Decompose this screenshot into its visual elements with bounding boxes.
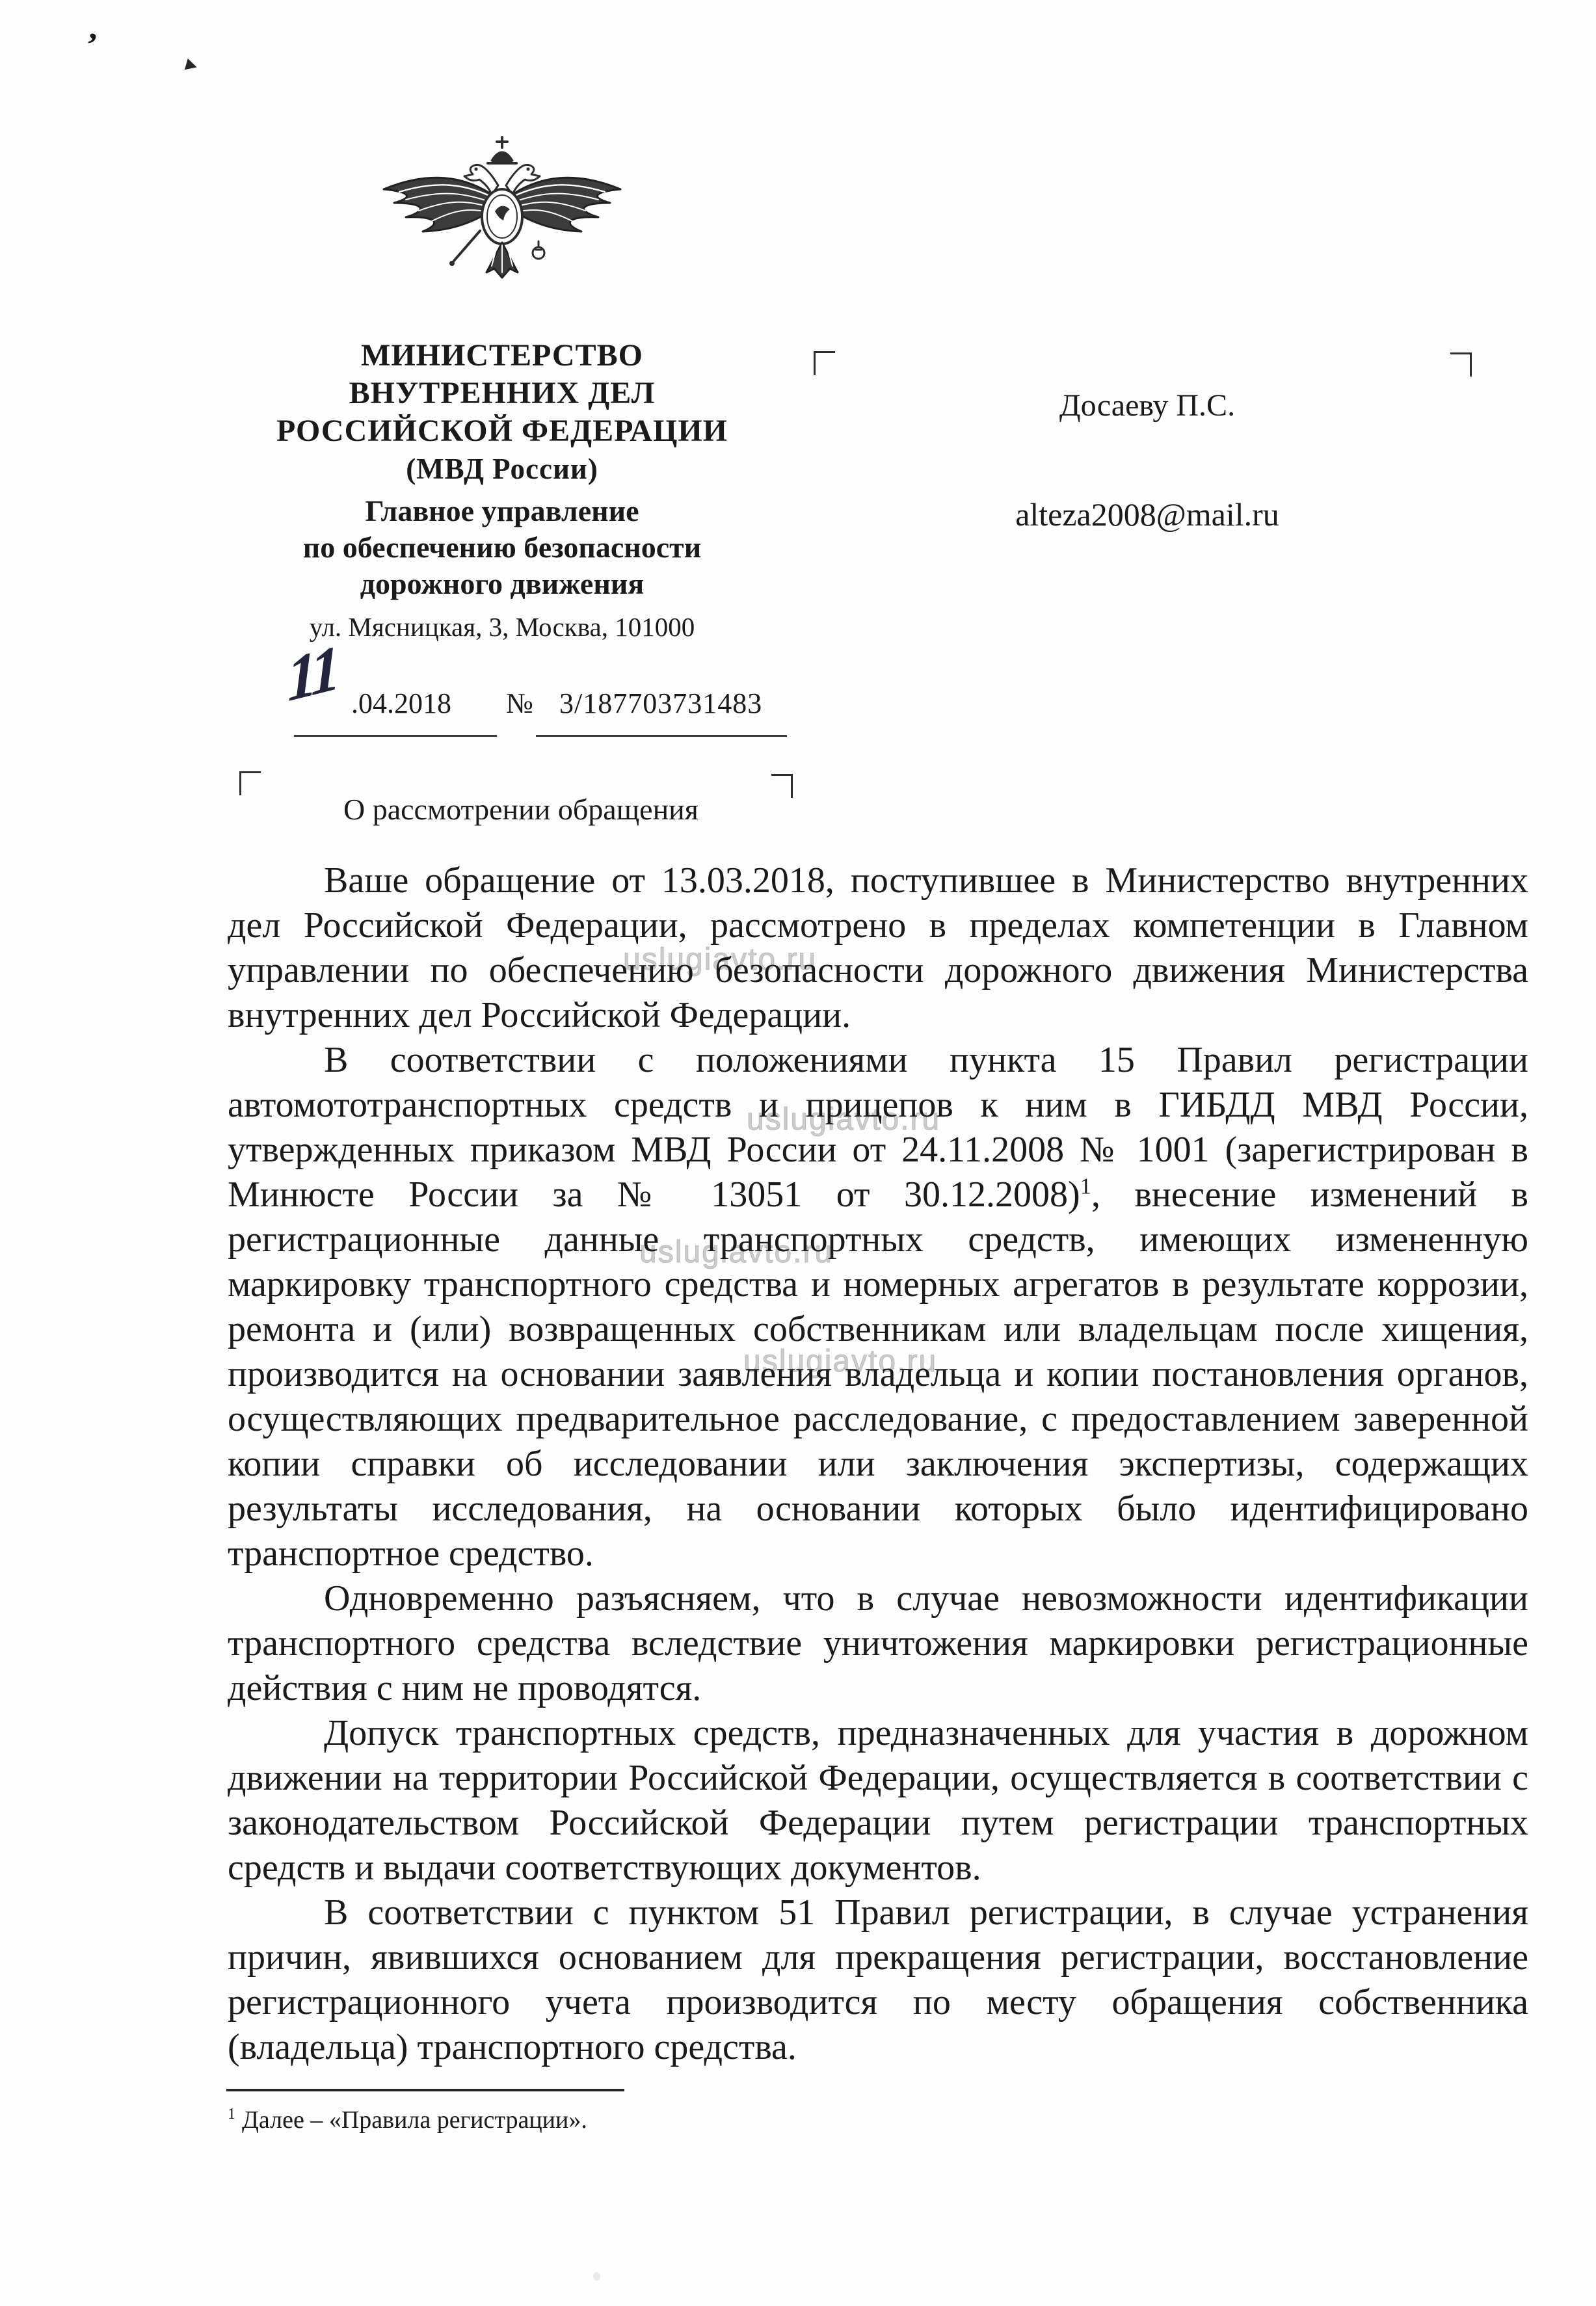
handwritten-day: 11: [286, 630, 338, 716]
paragraph-text: В соответствии с пунктом 51 Правил регис…: [228, 1892, 1528, 2067]
body-paragraph-1: Ваше обращение от 13.03.2018, поступивше…: [228, 858, 1528, 1038]
scan-artifact-mark: ’: [83, 25, 100, 65]
paragraph-text: Ваше обращение от 13.03.2018, поступивше…: [228, 860, 1528, 1035]
ministry-abbr: (МВД России): [203, 450, 801, 488]
scan-artifact-arrow-icon: [185, 59, 198, 73]
ministry-line: МИНИСТЕРСТВО: [203, 337, 801, 375]
ministry-name-block: МИНИСТЕРСТВО ВНУТРЕННИХ ДЕЛ РОССИЙСКОЙ Ф…: [203, 337, 801, 488]
recipient-email: alteza2008@mail.ru: [1015, 496, 1279, 533]
footnote: 1Далее – «Правила регистрации».: [228, 2106, 587, 2134]
department-line: по обеспечению безопасности: [203, 529, 801, 566]
department-name-block: Главное управление по обеспечению безопа…: [203, 493, 801, 602]
paragraph-text: Допуск транспортных средств, предназначе…: [228, 1713, 1528, 1888]
ministry-line: ВНУТРЕННИХ ДЕЛ: [203, 375, 801, 412]
mvd-double-headed-eagle-icon: [366, 134, 639, 311]
footnote-text: Далее – «Правила регистрации».: [242, 2106, 587, 2134]
letter-number: 3/187703731483: [559, 687, 762, 720]
number-underline: [536, 735, 787, 737]
body-paragraph-3: Одновременно разъясняем, что в случае не…: [228, 1576, 1528, 1711]
body-paragraph-5: В соответствии с пунктом 51 Правил регис…: [228, 1890, 1528, 2070]
footnote-reference-mark: 1: [1080, 1173, 1091, 1199]
recipient-corner-mark-right: [1450, 352, 1472, 377]
footnote-marker: 1: [228, 2106, 235, 2123]
date-underline: [294, 735, 497, 737]
scanned-letter-page: ’: [0, 0, 1596, 2306]
body-paragraph-4: Допуск транспортных средств, предназначе…: [228, 1711, 1528, 1890]
recipient-name: Досаеву П.С.: [1059, 388, 1235, 423]
paragraph-text: Одновременно разъясняем, что в случае не…: [228, 1578, 1528, 1708]
footnote-separator-line: [226, 2089, 624, 2091]
subject-line: О рассмотрении обращения: [343, 792, 698, 827]
scan-artifact-smudge: [593, 2272, 600, 2281]
subject-corner-mark-left: [239, 771, 261, 795]
letter-date: .04.2018: [351, 687, 451, 720]
recipient-corner-mark-left: [814, 351, 835, 375]
subject-corner-mark-right: [771, 774, 793, 798]
department-line: Главное управление: [203, 493, 801, 529]
sender-address: ул. Мясницкая, 3, Москва, 101000: [203, 611, 801, 643]
department-line: дорожного движения: [203, 566, 801, 602]
letter-body: Ваше обращение от 13.03.2018, поступивше…: [228, 858, 1528, 2070]
paragraph-text: , внесение изменений в регистрационные д…: [228, 1174, 1528, 1574]
body-paragraph-2: В соответствии с положениями пункта 15 П…: [228, 1038, 1528, 1576]
number-sign: №: [506, 687, 533, 720]
ministry-line: РОССИЙСКОЙ ФЕДЕРАЦИИ: [203, 412, 801, 450]
